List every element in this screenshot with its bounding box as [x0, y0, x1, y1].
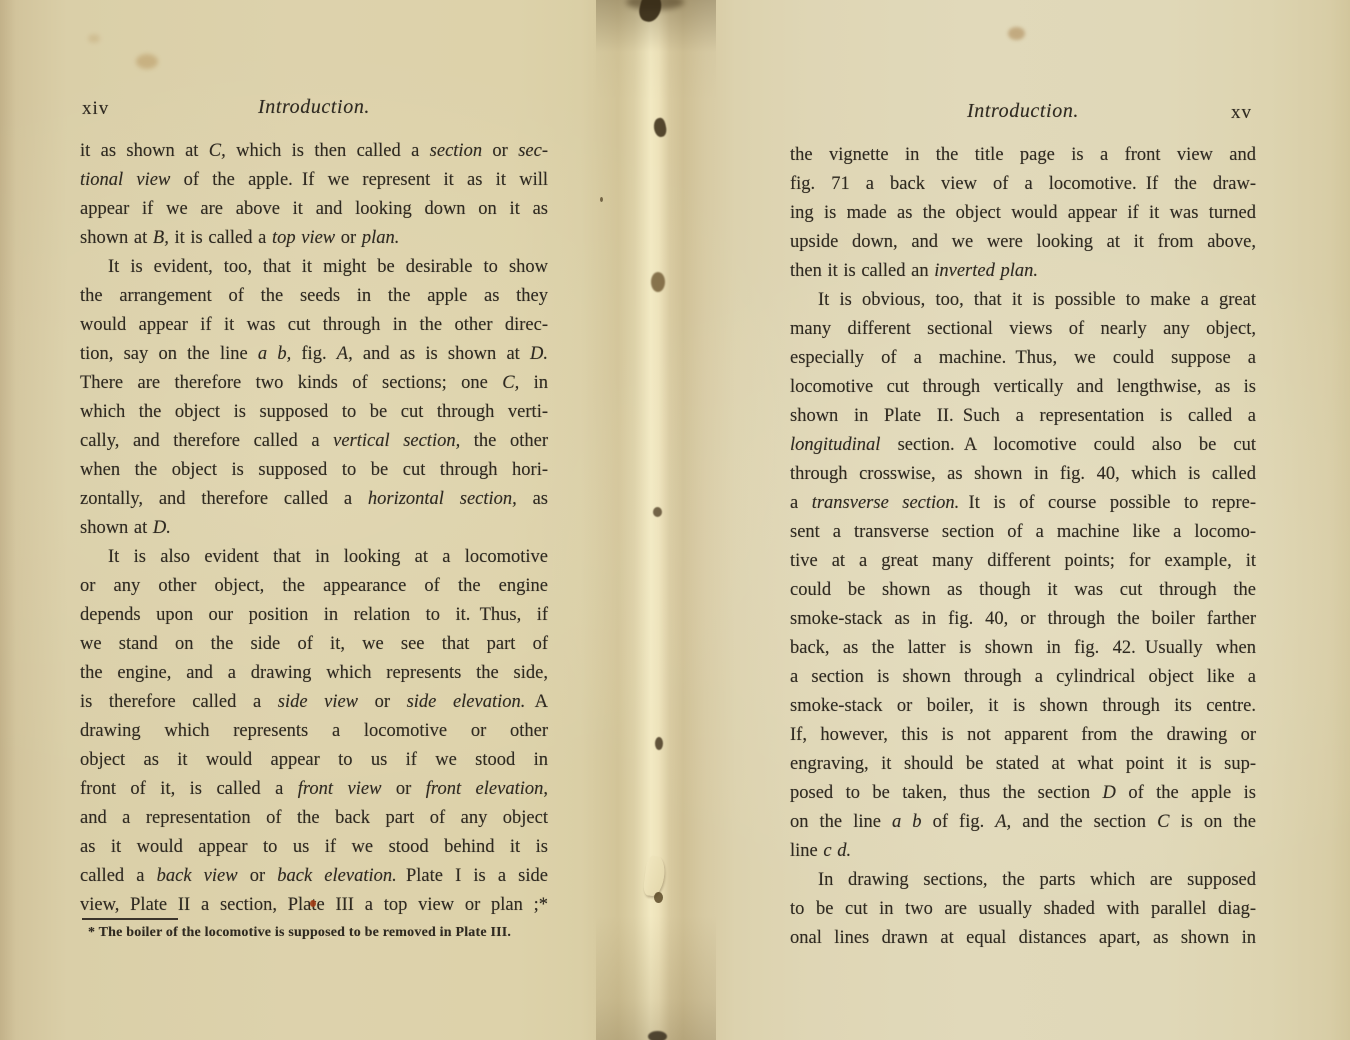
roman-text: the other: [460, 431, 548, 451]
roman-text: drawing which represents a locomotive or…: [80, 721, 548, 741]
roman-text: the vignette in the title page is a fron…: [790, 145, 1256, 165]
text-line: locomotive cut through vertically and le…: [790, 373, 1256, 402]
roman-text: of the apple. If we represent it as it w…: [170, 170, 548, 190]
text-line: tion, say on the line a b, fig. A, and a…: [80, 340, 548, 369]
paper-torn-flap: [643, 855, 667, 897]
italic-text: D.: [530, 344, 548, 364]
paragraph: it as shown at C, which is then called a…: [80, 137, 548, 253]
roman-text: on the line: [790, 812, 892, 832]
text-line: could be shown as though it was cut thro…: [790, 576, 1256, 605]
roman-text: or: [238, 866, 278, 886]
roman-text: appear if we are above it and looking do…: [80, 199, 548, 219]
paper-blemish: [600, 197, 603, 202]
italic-text: A,: [337, 344, 353, 364]
text-line: posed to be taken, thus the section D of…: [790, 779, 1256, 808]
italic-text: A,: [995, 812, 1011, 832]
text-line: tional view of the apple. If we represen…: [80, 166, 548, 195]
book-gutter-shadow: [596, 0, 716, 1040]
italic-text: sec-: [518, 141, 548, 161]
text-line: which the object is supposed to be cut t…: [80, 398, 548, 427]
roman-text: as: [517, 489, 548, 509]
text-line: appear if we are above it and looking do…: [80, 195, 548, 224]
paragraph: the vignette in the title page is a fron…: [790, 141, 1256, 286]
italic-text: top view: [272, 228, 335, 248]
roman-text: in: [519, 373, 548, 393]
text-line: drawing which represents a locomotive or…: [80, 717, 548, 746]
text-line: a transverse section. It is of course po…: [790, 489, 1256, 518]
text-line: when the object is supposed to be cut th…: [80, 456, 548, 485]
text-line: a section is shown through a cylindrical…: [790, 663, 1256, 692]
roman-text: ing is made as the object would appear i…: [790, 203, 1256, 223]
roman-text: then it is called an: [790, 261, 934, 281]
italic-text: front view: [298, 779, 382, 799]
text-line: It is also evident that in looking at a …: [80, 543, 548, 572]
roman-text: posed to be taken, thus the section: [790, 783, 1103, 803]
roman-text: It is obvious, too, that it is possible …: [818, 290, 1256, 310]
paragraph: It is evident, too, that it might be des…: [80, 253, 548, 543]
text-line: shown at B, it is called a top view or p…: [80, 224, 548, 253]
roman-text: tive at a great many different points; f…: [790, 551, 1256, 571]
roman-text: back, as the latter is shown in fig. 42.…: [790, 638, 1256, 658]
text-line: through crosswise, as shown in fig. 40, …: [790, 460, 1256, 489]
roman-text: upside down, and we were looking at it f…: [790, 232, 1256, 252]
italic-text: D.: [153, 518, 171, 538]
text-line: longitudinal section. A locomotive could…: [790, 431, 1256, 460]
footnote-text: * The boiler of the locomotive is suppos…: [80, 925, 548, 941]
roman-text: called a: [80, 866, 157, 886]
paper-blemish: [648, 1031, 667, 1040]
roman-text: locomotive cut through vertically and le…: [790, 377, 1256, 397]
italic-text: longitudinal: [790, 435, 880, 455]
italic-text: vertical section,: [333, 431, 460, 451]
text-line: cally, and therefore called a vertical s…: [80, 427, 548, 456]
roman-text: it is called a: [169, 228, 272, 248]
roman-text: Plate I is a side: [397, 866, 548, 886]
roman-text: It is also evident that in looking at a …: [108, 547, 548, 567]
roman-text: A: [525, 692, 548, 712]
italic-text: C,: [502, 373, 519, 393]
roman-text: shown in Plate II. Such a representation…: [790, 406, 1256, 426]
roman-text: smoke-stack or boiler, it is shown throu…: [790, 696, 1256, 716]
footnote: * The boiler of the locomotive is suppos…: [80, 918, 548, 941]
roman-text: fig.: [291, 344, 337, 364]
roman-text: fig. 71 a back view of a locomotive. If …: [790, 174, 1256, 194]
text-line: the engine, and a drawing which represen…: [80, 659, 548, 688]
text-line: upside down, and we were looking at it f…: [790, 228, 1256, 257]
roman-text: It is of course possible to repre-: [959, 493, 1256, 513]
text-line: In drawing sections, the parts which are…: [790, 866, 1256, 895]
roman-text: engraving, it should be stated at what p…: [790, 754, 1256, 774]
italic-text: D: [1103, 783, 1116, 803]
italic-text: B,: [153, 228, 169, 248]
italic-text: side elevation.: [407, 692, 526, 712]
italic-text: horizontal section,: [368, 489, 517, 509]
paper-blemish: [651, 272, 665, 292]
text-line: It is obvious, too, that it is possible …: [790, 286, 1256, 315]
roman-text: line: [790, 841, 823, 861]
roman-text: zontally, and therefore called a: [80, 489, 368, 509]
paper-blemish: [626, 0, 684, 10]
text-line: the arrangement of the seeds in the appl…: [80, 282, 548, 311]
text-line: object as it would appear to us if we st…: [80, 746, 548, 775]
text-line: There are therefore two kinds of section…: [80, 369, 548, 398]
paragraph: It is also evident that in looking at a …: [80, 543, 548, 920]
italic-text: plan.: [362, 228, 400, 248]
roman-text: depends upon our position in relation to…: [80, 605, 548, 625]
text-line: back, as the latter is shown in fig. 42.…: [790, 634, 1256, 663]
page-right: Introduction. xv the vignette in the tit…: [790, 100, 1256, 128]
paper-blemish: [652, 117, 668, 138]
roman-text: could be shown as though it was cut thro…: [790, 580, 1256, 600]
italic-text: section: [430, 141, 482, 161]
text-line: would appear if it was cut through in th…: [80, 311, 548, 340]
italic-text: tional view: [80, 170, 170, 190]
roman-text: is therefore called a: [80, 692, 278, 712]
text-line: front of it, is called a front view or f…: [80, 775, 548, 804]
roman-text: or: [381, 779, 425, 799]
text-line: many different sectional views of nearly…: [790, 315, 1256, 344]
text-line: on the line a b of fig. A, and the secti…: [790, 808, 1256, 837]
roman-text: object as it would appear to us if we st…: [80, 750, 548, 770]
roman-text: we stand on the side of it, we see that …: [80, 634, 548, 654]
roman-text: tion, say on the line: [80, 344, 258, 364]
roman-text: and a representation of the back part of…: [80, 808, 548, 828]
roman-text: through crosswise, as shown in fig. 40, …: [790, 464, 1256, 484]
text-line: fig. 71 a back view of a locomotive. If …: [790, 170, 1256, 199]
italic-text: back view: [157, 866, 238, 886]
text-line: called a back view or back elevation. Pl…: [80, 862, 548, 891]
text-line: the vignette in the title page is a fron…: [790, 141, 1256, 170]
roman-text: when the object is supposed to be cut th…: [80, 460, 548, 480]
roman-text: onal lines drawn at equal distances apar…: [790, 928, 1256, 948]
text-line: we stand on the side of it, we see that …: [80, 630, 548, 659]
text-line: If, however, this is not apparent from t…: [790, 721, 1256, 750]
roman-text: front of it, is called a: [80, 779, 298, 799]
roman-text: of fig.: [922, 812, 996, 832]
text-line: view, Plate II a section, Plate III a to…: [80, 891, 548, 920]
text-line: engraving, it should be stated at what p…: [790, 750, 1256, 779]
page-left: xiv Introduction. it as shown at C, whic…: [80, 96, 548, 124]
roman-text: or: [335, 228, 362, 248]
text-line: smoke-stack or boiler, it is shown throu…: [790, 692, 1256, 721]
text-line: onal lines drawn at equal distances apar…: [790, 924, 1256, 953]
italic-text: transverse section.: [812, 493, 960, 513]
italic-text: C: [1157, 812, 1169, 832]
roman-text: or any other object, the appearance of t…: [80, 576, 548, 596]
paper-stain: [1008, 27, 1025, 40]
text-line: line c d.: [790, 837, 1256, 866]
paper-blemish: [653, 507, 662, 517]
roman-text: section. A locomotive could also be cut: [880, 435, 1256, 455]
running-head: Introduction.: [258, 96, 370, 119]
roman-text: ,: [543, 779, 548, 799]
roman-text: the arrangement of the seeds in the appl…: [80, 286, 548, 306]
paper-blemish: [637, 0, 664, 24]
text-line: it as shown at C, which is then called a…: [80, 137, 548, 166]
italic-text: a b: [892, 812, 922, 832]
text-line: It is evident, too, that it might be des…: [80, 253, 548, 282]
roman-text: a section is shown through a cylindrical…: [790, 667, 1256, 687]
page-header: xiv Introduction.: [80, 96, 548, 124]
paragraph: It is obvious, too, that it is possible …: [790, 286, 1256, 866]
text-line: then it is called an inverted plan.: [790, 257, 1256, 286]
text-line: smoke-stack as in fig. 40, or through th…: [790, 605, 1256, 634]
roman-text: which is then called a: [226, 141, 430, 161]
roman-text: shown at: [80, 518, 153, 538]
roman-text: would appear if it was cut through in th…: [80, 315, 548, 335]
roman-text: and as is shown at: [353, 344, 530, 364]
italic-text: inverted plan.: [934, 261, 1038, 281]
running-head: Introduction.: [967, 100, 1079, 123]
text-line: sent a transverse section of a machine l…: [790, 518, 1256, 547]
roman-text: It is evident, too, that it might be des…: [108, 257, 548, 277]
text-line: to be cut in two are usually shaded with…: [790, 895, 1256, 924]
page-header: Introduction. xv: [790, 100, 1256, 128]
roman-text: to be cut in two are usually shaded with…: [790, 899, 1256, 919]
roman-text: or: [358, 692, 407, 712]
text-line: shown at D.: [80, 514, 548, 543]
roman-text: as it would appear to us if we stood beh…: [80, 837, 548, 857]
roman-text: In drawing sections, the parts which are…: [818, 870, 1256, 890]
roman-text: cally, and therefore called a: [80, 431, 333, 451]
text-line: zontally, and therefore called a horizon…: [80, 485, 548, 514]
footnote-rule: [82, 918, 178, 920]
text-line: is therefore called a side view or side …: [80, 688, 548, 717]
text-line: depends upon our position in relation to…: [80, 601, 548, 630]
page-body: the vignette in the title page is a fron…: [790, 141, 1256, 953]
text-line: and a representation of the back part of…: [80, 804, 548, 833]
italic-text: c d.: [823, 841, 851, 861]
text-line: especially of a machine. Thus, we could …: [790, 344, 1256, 373]
roman-text: many different sectional views of nearly…: [790, 319, 1256, 339]
roman-text: If, however, this is not apparent from t…: [790, 725, 1256, 745]
roman-text: a: [790, 493, 812, 513]
text-line: as it would appear to us if we stood beh…: [80, 833, 548, 862]
paper-blemish: [654, 892, 663, 903]
page-number: xiv: [82, 98, 109, 120]
roman-text: There are therefore two kinds of section…: [80, 373, 502, 393]
roman-text: shown at: [80, 228, 153, 248]
book-scan: xiv Introduction. it as shown at C, whic…: [0, 0, 1350, 1040]
italic-text: back elevation.: [277, 866, 396, 886]
text-line: shown in Plate II. Such a representation…: [790, 402, 1256, 431]
italic-text: a b,: [258, 344, 291, 364]
italic-text: front elevation: [426, 779, 544, 799]
italic-text: side view: [278, 692, 358, 712]
roman-text: it as shown at: [80, 141, 209, 161]
page-body: it as shown at C, which is then called a…: [80, 137, 548, 920]
italic-text: C,: [209, 141, 226, 161]
paper-blemish: [655, 737, 663, 750]
roman-text: smoke-stack as in fig. 40, or through th…: [790, 609, 1256, 629]
paper-stain: [136, 54, 158, 69]
paragraph: In drawing sections, the parts which are…: [790, 866, 1256, 953]
roman-text: which the object is supposed to be cut t…: [80, 402, 548, 422]
text-line: ing is made as the object would appear i…: [790, 199, 1256, 228]
page-number: xv: [1231, 102, 1252, 124]
roman-text: sent a transverse section of a machine l…: [790, 522, 1256, 542]
paper-stain: [88, 34, 100, 43]
roman-text: and the section: [1011, 812, 1157, 832]
roman-text: of the apple is: [1116, 783, 1256, 803]
roman-text: or: [482, 141, 518, 161]
text-line: tive at a great many different points; f…: [790, 547, 1256, 576]
roman-text: especially of a machine. Thus, we could …: [790, 348, 1256, 368]
roman-text: the engine, and a drawing which represen…: [80, 663, 548, 683]
text-line: or any other object, the appearance of t…: [80, 572, 548, 601]
roman-text: is on the: [1169, 812, 1256, 832]
roman-text: view, Plate II a section, Plate III a to…: [80, 895, 548, 915]
